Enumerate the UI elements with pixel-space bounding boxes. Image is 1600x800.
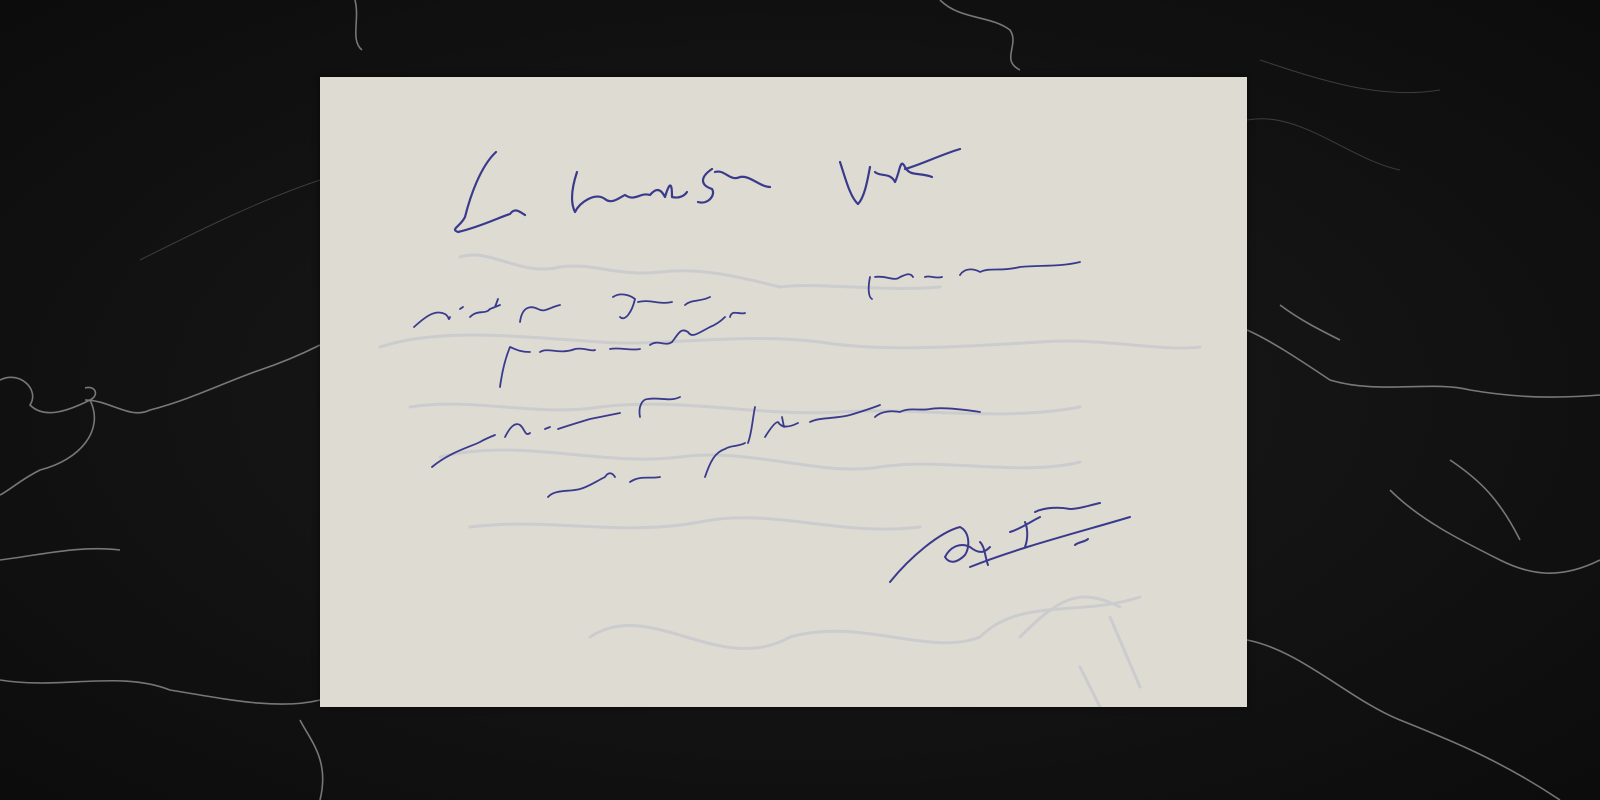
handwriting: [320, 77, 1247, 707]
note-card: La beauté d'une Voile n'est pas dans les…: [320, 77, 1247, 707]
